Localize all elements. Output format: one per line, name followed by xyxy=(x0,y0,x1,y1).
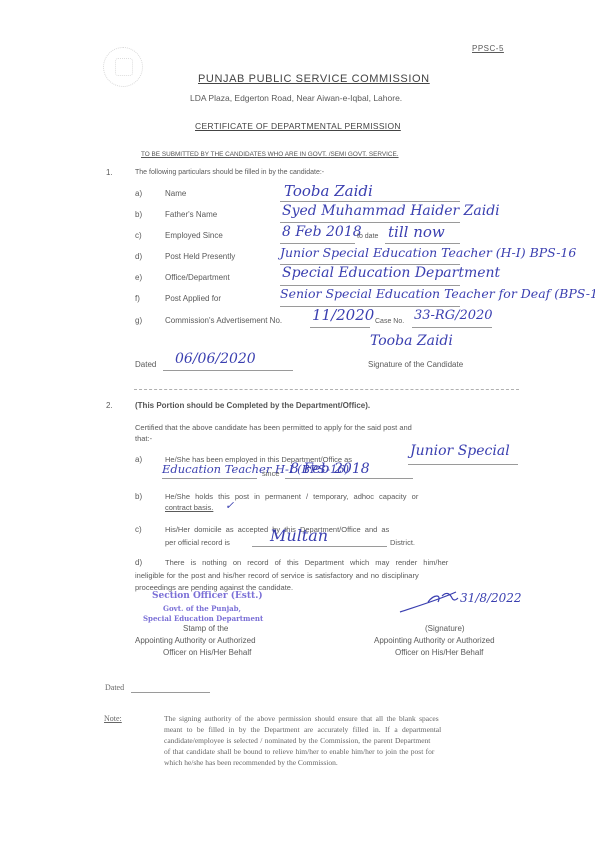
since-label: since xyxy=(262,469,280,478)
right-caption-line1: (Signature) xyxy=(425,624,465,633)
stamp-line3: Special Education Department xyxy=(143,614,263,623)
candidate-signature[interactable]: Tooba Zaidi xyxy=(370,333,453,349)
section2-heading: (This Portion should be Completed by the… xyxy=(135,401,370,410)
left-caption-line3: Officer on His/Her Behalf xyxy=(163,648,251,657)
since-line xyxy=(285,478,413,479)
employed-since-line xyxy=(280,243,355,244)
note-line1: The signing authority of the above permi… xyxy=(164,714,439,723)
field-letter: b) xyxy=(135,210,142,219)
domicile-line xyxy=(252,546,387,547)
section1-number: 1. xyxy=(106,168,113,177)
case-no-value[interactable]: 33-RG/2020 xyxy=(414,308,493,323)
right-caption-line3: Officer on His/Her Behalf xyxy=(395,648,483,657)
dated-label: Dated xyxy=(135,360,156,369)
commission-logo xyxy=(103,47,143,87)
to-date-value[interactable]: till now xyxy=(388,223,445,241)
case-no-label: Case No. xyxy=(375,318,404,325)
domicile-value[interactable]: Multan xyxy=(270,526,328,545)
domicile-suffix: District. xyxy=(390,538,415,547)
left-caption-line2: Appointing Authority or Authorized xyxy=(135,636,256,645)
employed-as-line xyxy=(408,464,518,465)
employed-since-label: Employed Since xyxy=(165,231,223,240)
dated-line xyxy=(163,370,293,371)
department-dated-line[interactable] xyxy=(131,692,210,693)
note-line5: which he/she has been recommended by the… xyxy=(164,758,338,767)
certificate-title: CERTIFICATE OF DEPARTMENTAL PERMISSION xyxy=(195,121,401,131)
office-value[interactable]: Special Education Department xyxy=(282,265,500,281)
field-letter: f) xyxy=(135,294,140,303)
left-caption-line1: Stamp of the xyxy=(183,624,228,633)
post-applied-label: Post Applied for xyxy=(165,294,221,303)
advertisement-label: Commission's Advertisement No. xyxy=(165,316,282,325)
section-divider xyxy=(134,389,519,390)
submission-note: TO BE SUBMITTED BY THE CANDIDATES WHO AR… xyxy=(141,151,399,158)
field-letter: e) xyxy=(135,273,142,282)
field-letter: g) xyxy=(135,316,142,325)
field-letter: c) xyxy=(135,231,142,240)
advertisement-line xyxy=(310,327,370,328)
record-text-line1: There is nothing on record of this Depar… xyxy=(165,558,448,567)
stamp-line1: Section Officer (Estt.) xyxy=(152,591,263,601)
to-date-line xyxy=(385,243,460,244)
right-caption-line2: Appointing Authority or Authorized xyxy=(374,636,495,645)
name-value[interactable]: Tooba Zaidi xyxy=(284,182,373,200)
item-letter: d) xyxy=(135,558,142,567)
employed-since-value[interactable]: 8 Feb 2018 xyxy=(282,224,362,240)
certified-text-line2: that:- xyxy=(135,434,152,443)
department-dated-label: Dated xyxy=(105,683,124,692)
employed-as-line2 xyxy=(162,478,257,479)
item-letter: a) xyxy=(135,455,142,464)
note-line4: of that candidate shall be bound to reli… xyxy=(164,747,434,756)
capacity-text-line2: contract basis. xyxy=(165,503,213,512)
advertisement-value[interactable]: 11/2020 xyxy=(312,306,374,324)
to-date-label: to date xyxy=(357,233,378,240)
since-value[interactable]: 8 Feb 2018 xyxy=(290,461,370,477)
item-letter: b) xyxy=(135,492,142,501)
case-no-line xyxy=(412,327,492,328)
note-line3: candidate/employee is selected / nominat… xyxy=(164,736,430,745)
authority-signature-date[interactable]: 31/8/2022 xyxy=(460,591,522,605)
item-letter: c) xyxy=(135,525,142,534)
name-line xyxy=(280,201,460,202)
office-label: Office/Department xyxy=(165,273,230,282)
dated-value[interactable]: 06/06/2020 xyxy=(175,351,256,367)
section2-number: 2. xyxy=(106,401,113,410)
field-letter: d) xyxy=(135,252,142,261)
certified-text-line1: Certified that the above candidate has b… xyxy=(135,423,412,432)
employed-as-value-part1[interactable]: Junior Special xyxy=(410,443,510,459)
post-held-value[interactable]: Junior Special Education Teacher (H-I) B… xyxy=(280,245,576,260)
field-letter: a) xyxy=(135,189,142,198)
record-text-line2: ineligible for the post and his/her reco… xyxy=(135,571,419,580)
checkmark-icon: ✓ xyxy=(225,499,234,512)
form-code: PPSC-5 xyxy=(472,44,504,53)
stamp-line2: Govt. of the Punjab, xyxy=(163,604,241,613)
father-name-value[interactable]: Syed Muhammad Haider Zaidi xyxy=(282,203,500,219)
post-applied-value[interactable]: Senior Special Education Teacher for Dea… xyxy=(280,286,595,301)
authority-signature-icon xyxy=(398,586,468,616)
post-held-label: Post Held Presently xyxy=(165,252,235,261)
address: LDA Plaza, Edgerton Road, Near Aiwan-e-I… xyxy=(190,93,402,103)
note-line2: meant to be filled in by the Department … xyxy=(164,725,441,734)
father-name-label: Father's Name xyxy=(165,210,217,219)
org-name: PUNJAB PUBLIC SERVICE COMMISSION xyxy=(198,73,430,85)
domicile-text-prefix: per official record is xyxy=(165,538,230,547)
signature-label: Signature of the Candidate xyxy=(368,360,463,369)
section1-intro: The following particulars should be fill… xyxy=(135,169,324,176)
capacity-text-line1: He/She holds this post in permanent / te… xyxy=(165,492,418,501)
name-label: Name xyxy=(165,189,186,198)
note-label: Note: xyxy=(104,714,122,723)
